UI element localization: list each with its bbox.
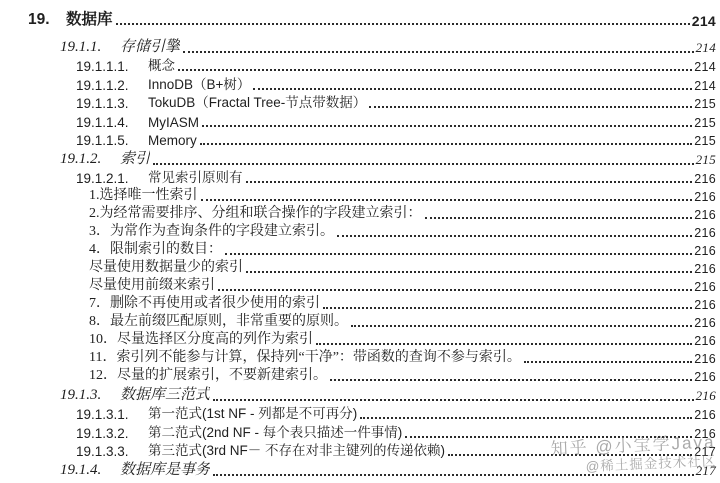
dot-leader — [448, 454, 692, 456]
toc-entry-page: 216 — [694, 226, 716, 240]
toc-entry[interactable]: 19.1.2.索引215 — [0, 148, 720, 168]
toc-entry-title: 11．索引列不能参与计算，保持列“干净”：带函数的查询不参与索引。 — [89, 346, 521, 366]
toc-entry-page: 216 — [694, 244, 716, 258]
toc-entry-page: 216 — [694, 280, 716, 294]
toc-entry[interactable]: 19.1.3.2.第二范式(2nd NF - 每个表只描述一件事情)216 — [0, 422, 720, 441]
toc-entry-title: 10．尽量选择区分度高的列作为索引 — [89, 328, 313, 348]
toc-page: 19.数据库21419.1.1.存储引擎21419.1.1.1.概念21419.… — [0, 0, 720, 483]
dot-leader — [225, 253, 692, 255]
dot-leader — [178, 69, 692, 71]
toc-entry[interactable]: 19.1.4.数据库是事务217 — [0, 459, 720, 479]
toc-entry[interactable]: 19.数据库214 — [0, 3, 720, 29]
toc-entry-page: 215 — [694, 116, 716, 130]
dot-leader — [360, 417, 692, 419]
toc-entry-number: 19.1.2. — [60, 151, 120, 168]
toc-entry-title: 数据库三范式 — [120, 383, 210, 404]
dot-leader — [213, 474, 694, 476]
toc-entry[interactable]: 19.1.1.4.MyIASM215 — [0, 111, 720, 130]
toc-entry-number: 19.1.4. — [60, 462, 120, 479]
toc-entry-number: 19.1.1.2. — [76, 78, 148, 93]
dot-leader — [351, 325, 692, 327]
toc-entry-title: 数据库 — [66, 7, 113, 29]
toc-entry-page: 215 — [694, 134, 716, 148]
toc-entry-title: 7．删除不再使用或者很少使用的索引 — [89, 292, 320, 312]
dot-leader — [337, 235, 692, 237]
toc-entry-title: 第三范式(3rd NF－ 不存在对非主键列的传递依赖) — [148, 439, 445, 459]
toc-entry-number: 19.1.1. — [60, 39, 120, 56]
dot-leader — [183, 51, 694, 53]
toc-entry-title: 2.为经常需要排序、分组和联合操作的字段建立索引： — [89, 202, 422, 222]
toc-entry-page: 217 — [694, 445, 716, 459]
dot-leader — [524, 361, 692, 363]
toc-entry-title: InnoDB（B+树） — [148, 73, 250, 93]
toc-entry-page: 215 — [696, 152, 716, 168]
toc-entry[interactable]: 19.1.1.1.概念214 — [0, 56, 720, 75]
dot-leader — [201, 199, 693, 201]
toc-entry[interactable]: 19.1.1.5.Memory215 — [0, 130, 720, 149]
toc-entry-page: 217 — [696, 463, 716, 479]
dot-leader — [323, 307, 692, 309]
toc-entry-title: 常见索引原则有 — [148, 166, 243, 186]
toc-entry-page: 214 — [696, 40, 716, 56]
toc: 19.数据库21419.1.1.存储引擎21419.1.1.1.概念21419.… — [0, 3, 720, 479]
toc-entry-page: 216 — [694, 316, 716, 330]
dot-leader — [369, 106, 692, 108]
toc-entry-title: 概念 — [148, 54, 175, 74]
dot-leader — [246, 271, 692, 273]
toc-entry-page: 214 — [694, 60, 716, 74]
dot-leader — [330, 379, 692, 381]
toc-entry-title: 12．尽量的扩展索引，不要新建索引。 — [89, 364, 327, 384]
toc-entry-number: 19.1.1.4. — [76, 115, 148, 130]
toc-entry-title: TokuDB（Fractal Tree-节点带数据） — [148, 91, 366, 111]
toc-entry-number: 19.1.1.1. — [76, 59, 148, 74]
toc-entry-page: 216 — [694, 427, 716, 441]
dot-leader — [116, 23, 690, 25]
toc-entry-page: 216 — [694, 408, 716, 422]
toc-entry-page: 216 — [694, 190, 716, 204]
toc-entry-number: 19.1.3.2. — [76, 426, 148, 441]
toc-entry-title: 1.选择唯一性索引 — [89, 184, 198, 204]
toc-entry[interactable]: 12．尽量的扩展索引，不要新建索引。216 — [0, 366, 720, 384]
toc-entry-title: 8．最左前缀匹配原则，非常重要的原则。 — [89, 310, 348, 330]
toc-entry-number: 19.1.3. — [60, 387, 120, 404]
dot-leader — [405, 436, 692, 438]
toc-entry-page: 216 — [694, 208, 716, 222]
toc-entry[interactable]: 19.1.3.1.第一范式(1st NF - 列都是不可再分)216 — [0, 404, 720, 423]
toc-entry-title: Memory — [148, 133, 197, 148]
toc-entry[interactable]: 19.1.1.存储引擎214 — [0, 36, 720, 56]
dot-leader — [253, 88, 692, 90]
toc-entry-page: 215 — [694, 97, 716, 111]
toc-entry-page: 216 — [694, 334, 716, 348]
dot-leader — [200, 143, 692, 145]
toc-entry-title: 索引 — [120, 147, 150, 168]
toc-entry-title: MyIASM — [148, 115, 199, 130]
dot-leader — [425, 217, 693, 219]
toc-entry-page: 216 — [694, 262, 716, 276]
toc-entry-title: 存储引擎 — [120, 35, 180, 56]
toc-entry-page: 216 — [694, 298, 716, 312]
dot-leader — [316, 343, 692, 345]
toc-entry-page: 216 — [694, 370, 716, 384]
dot-leader — [246, 181, 693, 183]
toc-entry-number: 19. — [28, 11, 66, 29]
toc-entry-title: 4．限制索引的数目： — [89, 238, 222, 258]
toc-entry-title: 第二范式(2nd NF - 每个表只描述一件事情) — [148, 421, 402, 441]
toc-entry-title: 第一范式(1st NF - 列都是不可再分) — [148, 402, 357, 422]
toc-entry-page: 216 — [694, 172, 716, 186]
toc-entry-page: 216 — [696, 388, 716, 404]
toc-entry[interactable]: 19.1.3.数据库三范式216 — [0, 384, 720, 404]
dot-leader — [213, 399, 694, 401]
toc-entry-title: 数据库是事务 — [120, 458, 210, 479]
toc-entry[interactable]: 19.1.3.3.第三范式(3rd NF－ 不存在对非主键列的传递依赖)217 — [0, 441, 720, 460]
dot-leader — [202, 125, 692, 127]
toc-entry-title: 尽量使用前缀来索引 — [89, 274, 215, 294]
dot-leader — [218, 289, 692, 291]
toc-entry-page: 214 — [692, 13, 716, 29]
toc-entry-page: 214 — [694, 79, 716, 93]
toc-entry-number: 19.1.1.3. — [76, 96, 148, 111]
toc-entry[interactable]: 19.1.1.3.TokuDB（Fractal Tree-节点带数据）215 — [0, 93, 720, 112]
toc-entry-number: 19.1.3.1. — [76, 407, 148, 422]
toc-entry[interactable]: 19.1.1.2.InnoDB（B+树）214 — [0, 74, 720, 93]
toc-entry-title: 尽量使用数据量少的索引 — [89, 256, 243, 276]
dot-leader — [153, 163, 694, 165]
toc-entry-title: 3．为常作为查询条件的字段建立索引。 — [89, 220, 334, 240]
toc-entry-page: 216 — [694, 352, 716, 366]
